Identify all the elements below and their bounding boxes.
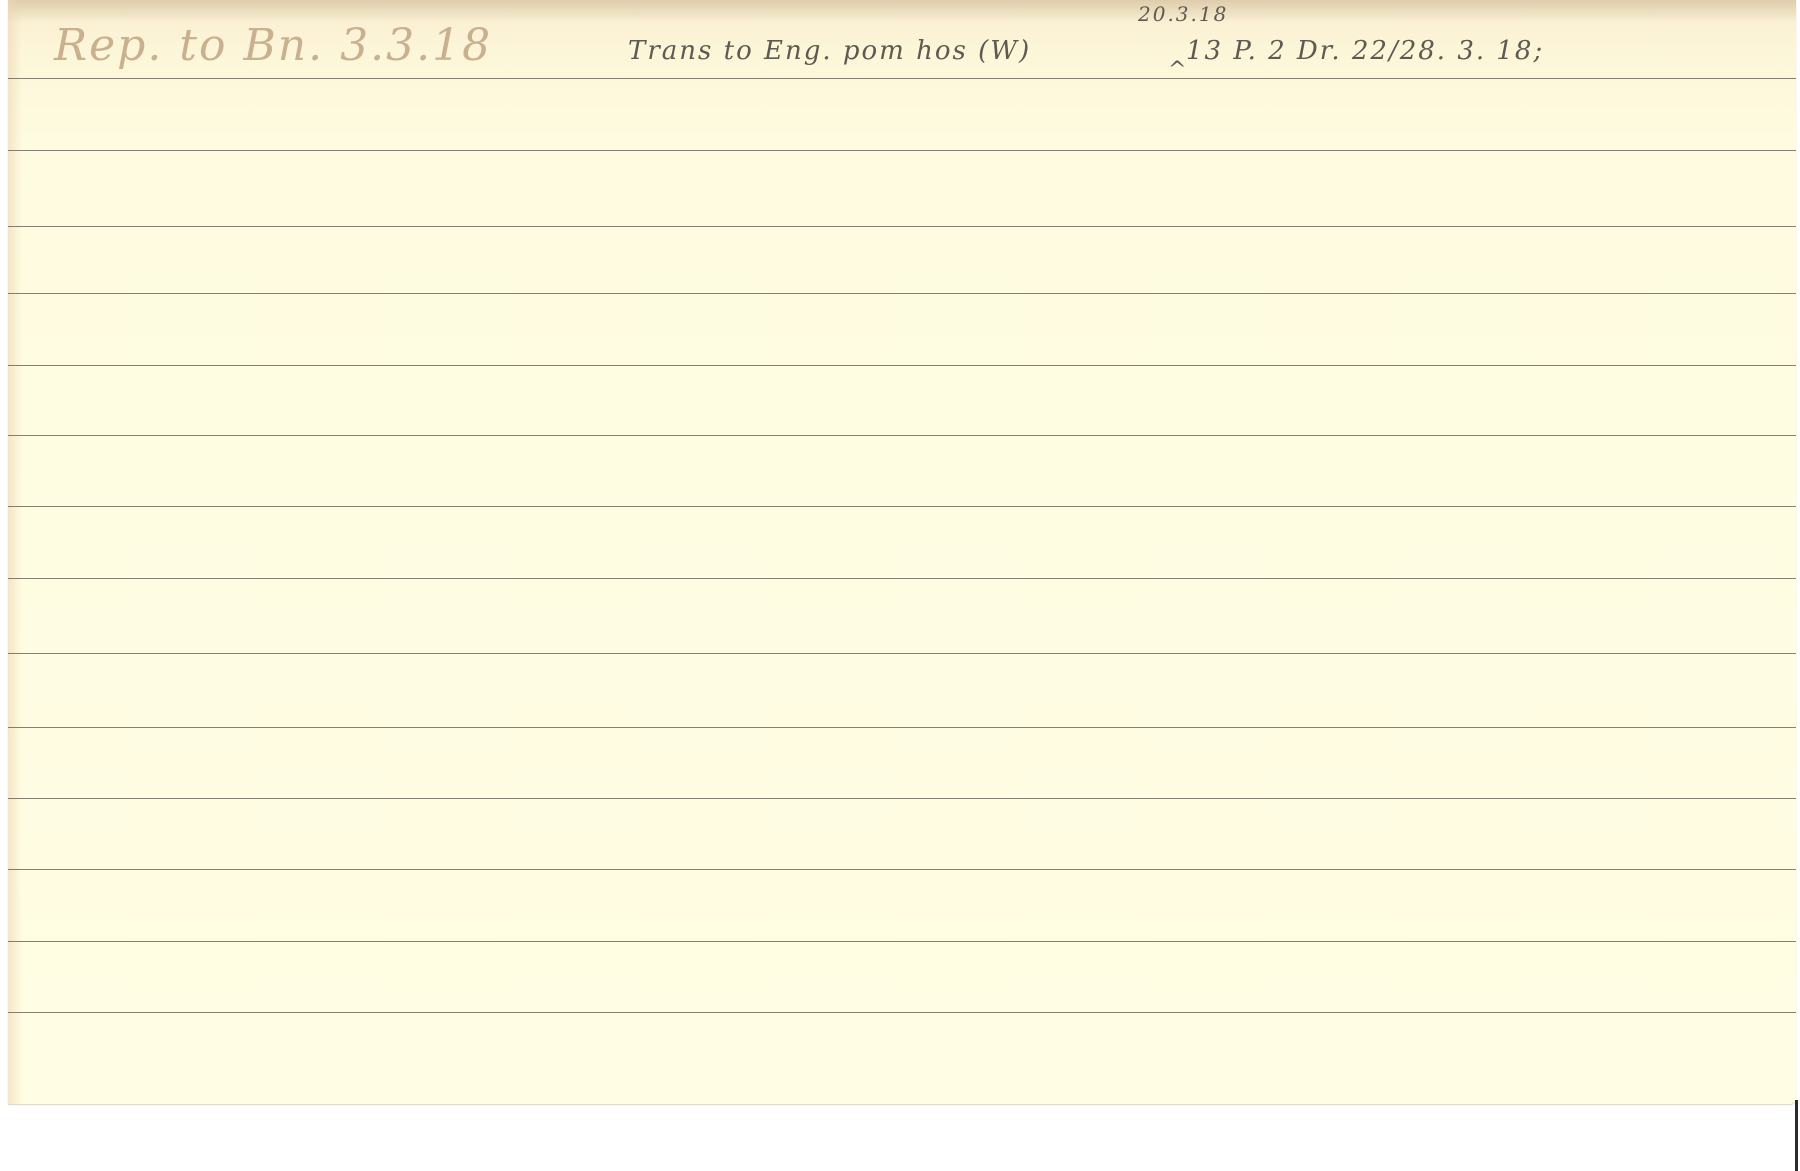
ink-note-continued: 13 P. 2 Dr. 22/28. 3. 18; bbox=[1186, 36, 1544, 66]
ruled-line bbox=[8, 506, 1796, 507]
scanner-edge bbox=[1795, 1100, 1798, 1171]
ink-note: Trans to Eng. pom hos (W) bbox=[628, 36, 1031, 66]
insertion-date: 20.3.18 bbox=[1138, 2, 1228, 26]
ruled-line bbox=[8, 435, 1796, 436]
aged-stain bbox=[8, 0, 1796, 22]
pencil-note: Rep. to Bn. 3.3.18 bbox=[54, 20, 492, 71]
ruled-line bbox=[8, 1012, 1796, 1013]
ruled-line bbox=[8, 226, 1796, 227]
ruled-line bbox=[8, 941, 1796, 942]
ruled-line bbox=[8, 727, 1796, 728]
index-card: Rep. to Bn. 3.3.18 Trans to Eng. pom hos… bbox=[8, 0, 1796, 1104]
ruled-line bbox=[8, 78, 1796, 79]
insertion-caret: ^ bbox=[1168, 58, 1186, 83]
ruled-line bbox=[8, 869, 1796, 870]
card-edge-shading bbox=[8, 0, 22, 1104]
ruled-line bbox=[8, 150, 1796, 151]
ruled-line bbox=[8, 798, 1796, 799]
ruled-line bbox=[8, 365, 1796, 366]
ruled-line bbox=[8, 653, 1796, 654]
ruled-line bbox=[8, 293, 1796, 294]
ruled-line bbox=[8, 578, 1796, 579]
